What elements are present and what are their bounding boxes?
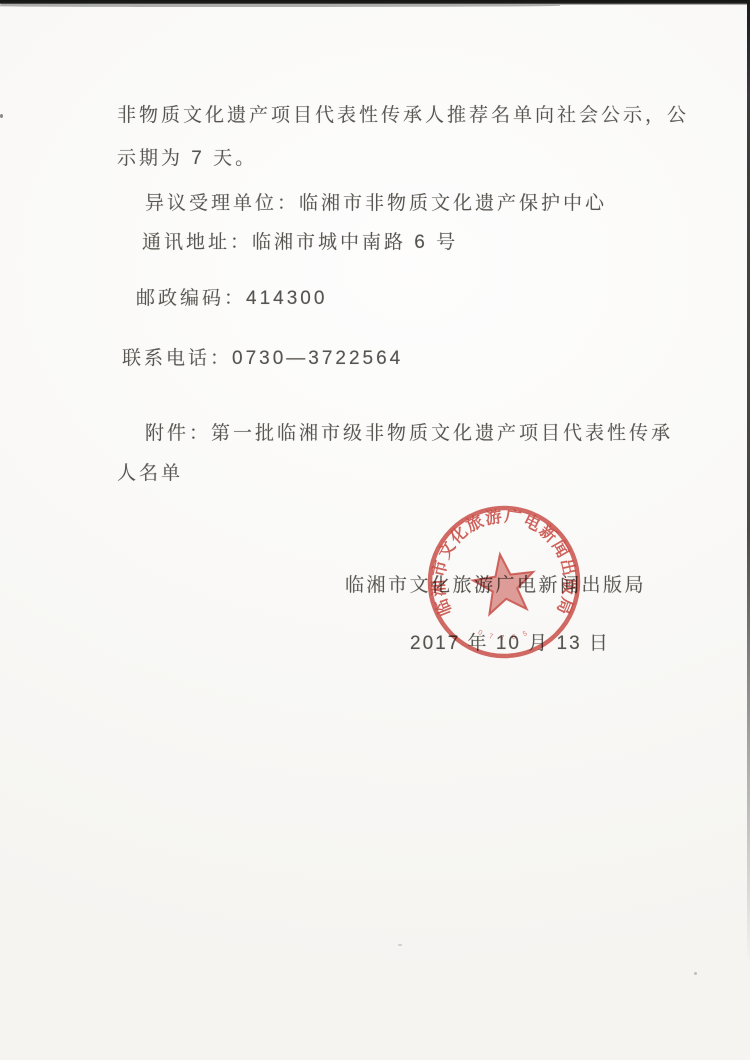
scan-speck bbox=[0, 114, 3, 118]
body-text-line-3: 异议受理单位：临湘市非物质文化遗产保护中心 bbox=[145, 188, 607, 215]
body-text-line-6: 联系电话：0730—3722564 bbox=[122, 343, 403, 370]
scan-speck bbox=[694, 972, 697, 975]
seal-code-text: 0 7 7 6 5 bbox=[477, 629, 531, 642]
body-text-line-1: 非物质文化遗产项目代表性传承人推荐名单向社会公示，公 bbox=[117, 100, 689, 127]
official-red-seal: 临湘市文化旅游广电新闻出版局 0 7 7 6 5 bbox=[424, 502, 584, 662]
seal-graphic: 临湘市文化旅游广电新闻出版局 0 7 7 6 5 bbox=[424, 502, 584, 662]
attachment-line-cont: 人名单 bbox=[117, 458, 183, 485]
body-text-line-2: 示期为 7 天。 bbox=[117, 143, 257, 170]
attachment-line: 附件：第一批临湘市级非物质文化遗产项目代表性传承 bbox=[145, 418, 673, 445]
scanned-document-page: 非物质文化遗产项目代表性传承人推荐名单向社会公示，公 示期为 7 天。 异议受理… bbox=[0, 0, 750, 1060]
scan-edge-top-bar bbox=[0, 0, 750, 5]
body-text-line-5: 邮政编码：414300 bbox=[136, 283, 327, 310]
scan-speck bbox=[398, 944, 402, 946]
seal-star-icon bbox=[470, 550, 538, 616]
body-text-line-4: 通讯地址：临湘市城中南路 6 号 bbox=[142, 227, 458, 254]
